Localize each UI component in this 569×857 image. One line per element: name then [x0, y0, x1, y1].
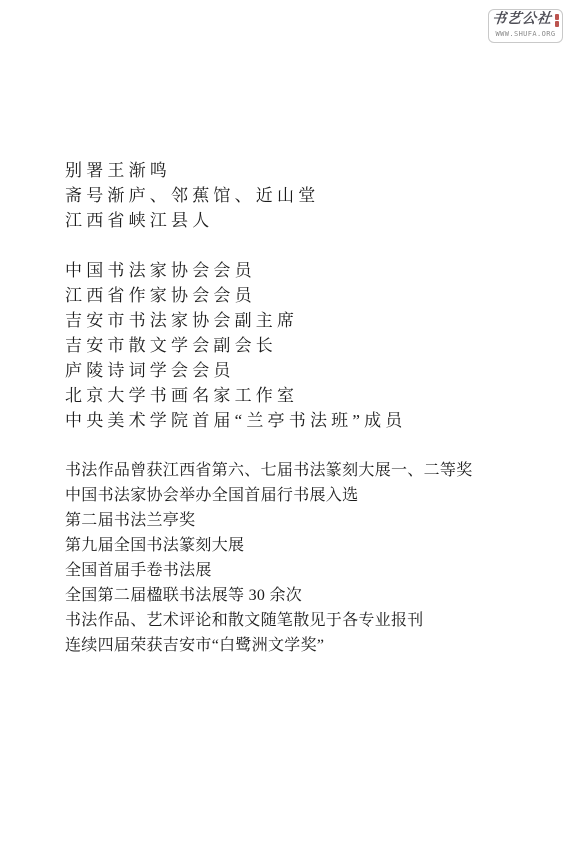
- text-line: 北京大学书画名家工作室: [65, 383, 473, 408]
- section-memberships: 中国书法家协会会员 江西省作家协会会员 吉安市书法家协会副主席 吉安市散文学会副…: [65, 258, 473, 433]
- blank-line: [65, 233, 473, 258]
- text-line: 吉安市书法家协会副主席: [65, 308, 473, 333]
- red-seal-icon: [555, 14, 559, 27]
- logo-calligraphy-text: 书艺公社: [491, 13, 552, 27]
- text-line: 中国书法家协会举办全国首届行书展入选: [65, 483, 473, 508]
- document-body: 别署王渐鸣 斋号渐庐、邻蕉馆、近山堂 江西省峡江县人 中国书法家协会会员 江西省…: [65, 158, 473, 658]
- logo-url-text: WWW.SHUFA.ORG: [489, 29, 562, 40]
- shufa-logo: 书艺公社 WWW.SHUFA.ORG: [488, 9, 563, 43]
- text-line: 中央美术学院首届“兰亭书法班”成员: [65, 408, 473, 433]
- document-page: { "page": { "background": "#ffffff", "te…: [0, 0, 569, 857]
- text-line: 吉安市散文学会副会长: [65, 333, 473, 358]
- text-line: 书法作品曾获江西省第六、七届书法篆刻大展一、二等奖: [65, 458, 473, 483]
- text-line: 斋号渐庐、邻蕉馆、近山堂: [65, 183, 473, 208]
- text-line: 江西省峡江县人: [65, 208, 473, 233]
- text-line: 书法作品、艺术评论和散文随笔散见于各专业报刊: [65, 608, 473, 633]
- text-line: 第二届书法兰亭奖: [65, 508, 473, 533]
- text-line: 全国首届手卷书法展: [65, 558, 473, 583]
- text-line: 连续四届荣获吉安市“白鹭洲文学奖”: [65, 633, 473, 658]
- blank-line: [65, 433, 473, 458]
- text-line: 全国第二届楹联书法展等 30 余次: [65, 583, 473, 608]
- logo-calligraphy-row: 书艺公社: [489, 11, 562, 29]
- section-awards: 书法作品曾获江西省第六、七届书法篆刻大展一、二等奖 中国书法家协会举办全国首届行…: [65, 458, 473, 658]
- text-line: 庐陵诗词学会会员: [65, 358, 473, 383]
- text-line: 别署王渐鸣: [65, 158, 473, 183]
- text-line: 江西省作家协会会员: [65, 283, 473, 308]
- text-line: 第九届全国书法篆刻大展: [65, 533, 473, 558]
- text-line: 中国书法家协会会员: [65, 258, 473, 283]
- section-names: 别署王渐鸣 斋号渐庐、邻蕉馆、近山堂 江西省峡江县人: [65, 158, 473, 233]
